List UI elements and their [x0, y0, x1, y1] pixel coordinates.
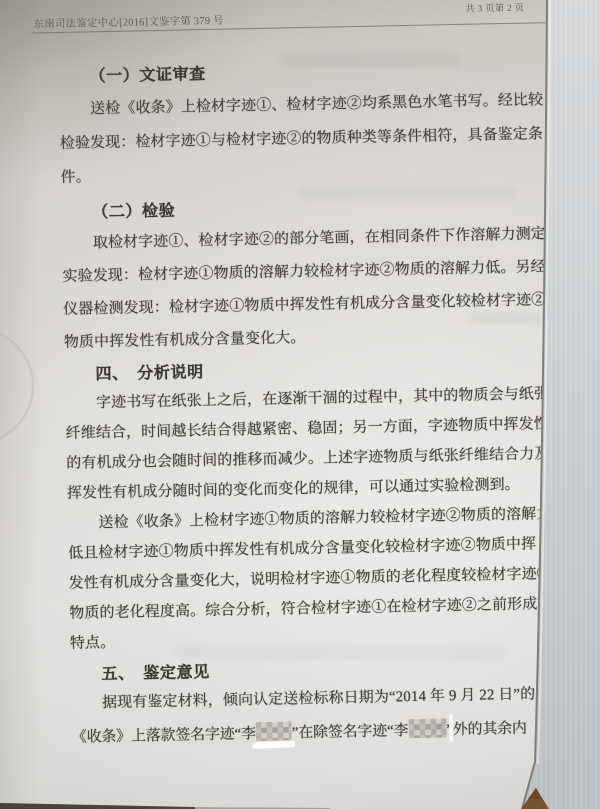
section-heading-examination: （二）检验 — [92, 198, 175, 223]
text-line: 仪器检测发现：检材字迹①物质中挥发性有机成分含量变化较检材字迹② — [63, 288, 547, 319]
text-line: 纤维结合，时间越长结合得越紧密、稳固；另一方面，字迹物质中挥发性 — [65, 412, 549, 443]
section-heading-analysis: 四、 分析说明 — [95, 359, 204, 384]
text-line: 实验发现：检材字迹①物质的溶解力较检材字迹②物质的溶解力低。另经 — [62, 255, 546, 286]
white-glare-streak — [449, 714, 453, 741]
text-line: 物质的老化程度高。综合分析，符合检材字迹①在检材字迹②之前形成的 — [69, 592, 553, 623]
header-page-number: 共 3 页第 2 页 — [465, 0, 524, 15]
text-line: 据现有鉴定材料，倾向认定送检标称日期为“2014 年 9 月 22 日”的 — [102, 683, 536, 713]
text-line: 特点。 — [70, 631, 116, 653]
text-line: 取检材字迹①、检材字迹②的部分笔画，在相同条件下作溶解力测定 — [93, 222, 546, 252]
opinion-text-part: ”在除签名字迹“李 — [292, 723, 409, 741]
text-line: 挥发性有机成分随时间的变化而变化的规律，可以通过实验检测到。 — [67, 473, 520, 503]
text-line: 物质中挥发性有机成分含量变化大。 — [64, 326, 306, 352]
correction-fluid-streak — [253, 741, 295, 749]
text-line: 低且检材字迹①物质中挥发性有机成分含量变化较检材字迹②物质中挥 — [68, 532, 536, 562]
paper-sheet: 东南司法鉴定中心[2016]文鉴字第 379 号 共 3 页第 2 页 （一）文… — [0, 0, 600, 809]
photographed-document-page: 东南司法鉴定中心[2016]文鉴字第 379 号 共 3 页第 2 页 （一）文… — [0, 0, 600, 809]
text-line: 检验发现：检材字迹①与检材字迹②的物质种类等条件相符，具备鉴定条 — [60, 122, 544, 153]
desk-corner-shade — [528, 788, 542, 799]
text-line: 发性有机成分含量变化大，说明检材字迹①物质的老化程度较检材字迹② — [68, 562, 552, 593]
text-line: 字迹书写在纸张上之后，在逐渐干涸的过程中，其中的物质会与纸张 — [96, 382, 549, 412]
faint-round-seal — [0, 327, 34, 445]
text-line: 件。 — [60, 165, 91, 187]
partially-visible-character: 辉 — [430, 718, 445, 739]
section-heading-opinion: 五、 鉴定意见 — [101, 659, 210, 684]
page-content: 东南司法鉴定中心[2016]文鉴字第 379 号 共 3 页第 2 页 （一）文… — [57, 0, 573, 800]
opinion-text-part: 《收条》上落款签名字迹“李 — [72, 726, 256, 746]
text-line: 送检《收条》上检材字迹①、检材字迹②均系黑色水笔书写。经比较 — [90, 88, 543, 118]
section-heading-document-review: （一）文证审查 — [89, 61, 206, 86]
redaction-mosaic — [256, 721, 292, 741]
text-line: 送检《收条》上检材字迹①物质的溶解力较检材字迹②物质的溶解力 — [98, 502, 551, 532]
opinion-text-part: ”外的其余内 — [446, 721, 527, 739]
text-line-with-redactions: 《收条》上落款签名字迹“李”在除签名字迹“李辉”外的其余内 — [72, 717, 527, 747]
text-line: 的有机成分也会随时间的推移而减少。上述字迹物质与纸张纤维结合力及 — [66, 442, 550, 473]
redaction-mosaic: 辉 — [408, 718, 446, 738]
